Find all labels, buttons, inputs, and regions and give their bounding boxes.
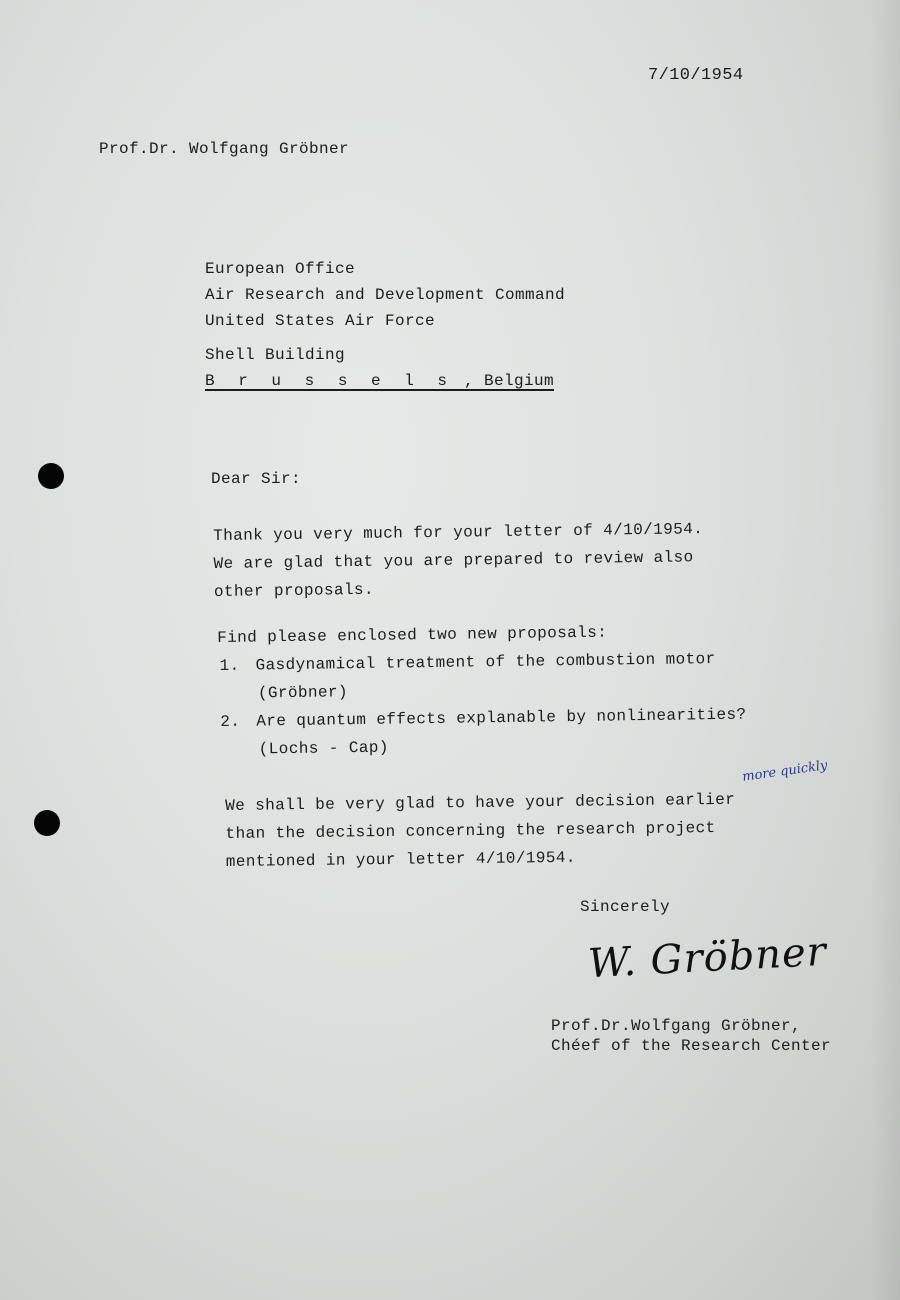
address-city: B r u s s e l s , Belgium — [205, 368, 565, 394]
address-line: European Office — [205, 256, 565, 282]
salutation: Dear Sir: — [211, 470, 301, 488]
proposal-number: 2. — [218, 707, 256, 736]
letter-page: 7/10/1954 Prof.Dr. Wolfgang Gröbner Euro… — [0, 0, 900, 1300]
address-street: Shell Building — [205, 342, 565, 368]
proposal-author: (Lochs - Cap) — [219, 729, 747, 764]
handwritten-annotation: more quickly — [741, 758, 828, 785]
text-line: other proposals. — [214, 571, 704, 606]
signer-title: Chéef of the Research Center — [551, 1036, 831, 1056]
address-line: Air Research and Development Command — [205, 282, 565, 308]
country-name: , Belgium — [454, 372, 554, 390]
paragraph-proposals: Find please enclosed two new proposals: … — [217, 617, 747, 764]
signature-block: Prof.Dr.Wolfgang Gröbner, Chéef of the R… — [551, 1016, 831, 1056]
sender-name: Prof.Dr. Wolfgang Gröbner — [99, 140, 349, 158]
recipient-address: European Office Air Research and Develop… — [205, 256, 565, 394]
city-name: B r u s s e l s — [205, 372, 454, 390]
paragraph-thanks: Thank you very much for your letter of 4… — [213, 515, 704, 606]
punch-hole-top — [38, 463, 64, 489]
signer-name: Prof.Dr.Wolfgang Gröbner, — [551, 1016, 831, 1036]
proposal-number: 1. — [217, 651, 255, 680]
paragraph-decision: We shall be very glad to have your decis… — [225, 786, 736, 876]
signature: W. Gröbner — [587, 929, 828, 987]
text-line: mentioned in your letter 4/10/1954. — [226, 842, 736, 876]
closing: Sincerely — [580, 898, 670, 916]
paper-shading — [870, 0, 900, 1300]
punch-hole-bottom — [34, 810, 60, 836]
address-line: United States Air Force — [205, 308, 565, 334]
letter-date: 7/10/1954 — [648, 66, 743, 85]
